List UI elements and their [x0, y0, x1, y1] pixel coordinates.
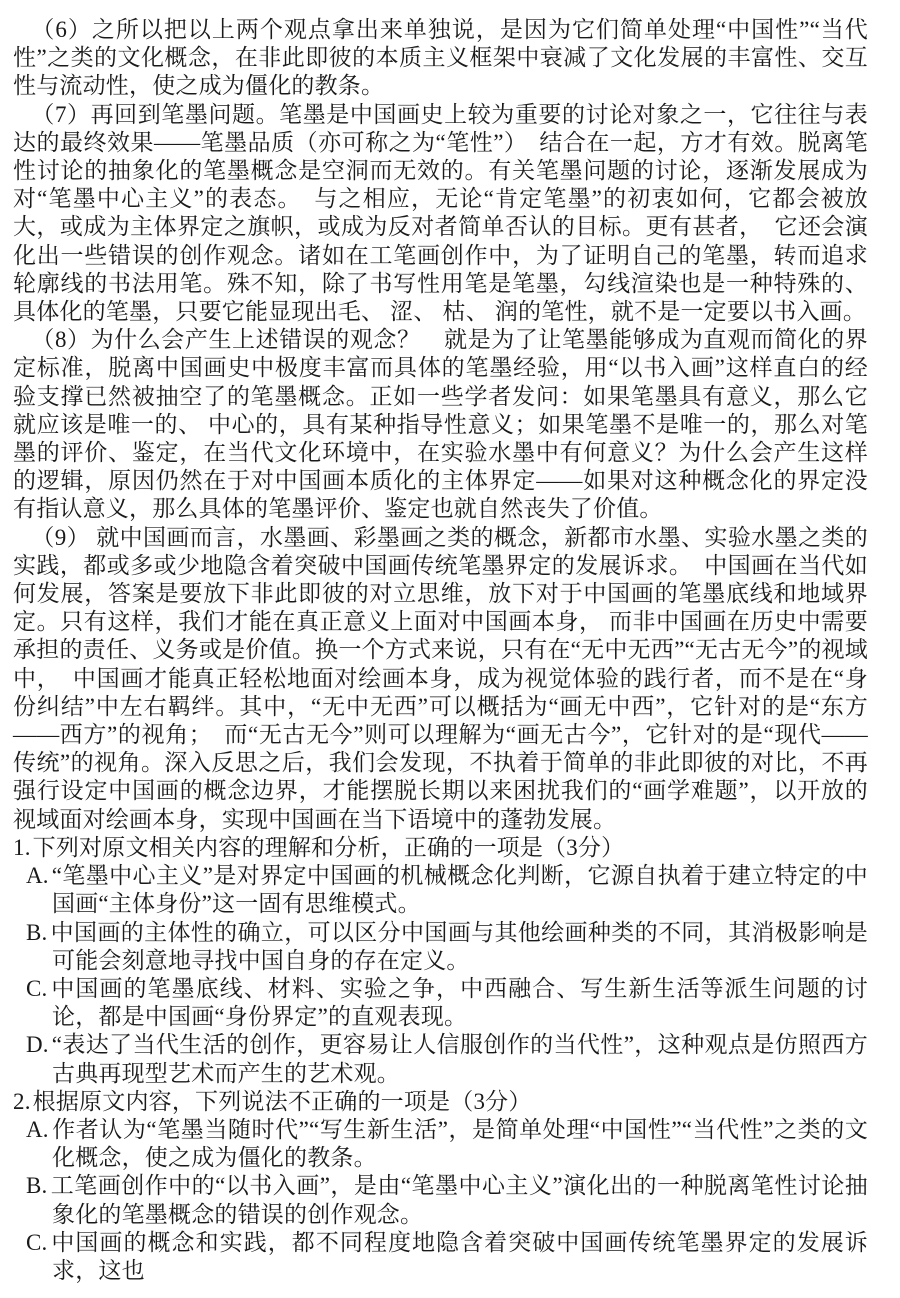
option-c-label: C. — [26, 1230, 51, 1255]
option-d-label: D. — [26, 1032, 52, 1057]
option-c-label: C. — [26, 976, 51, 1001]
question-1-option-c: C.中国画的笔墨底线、材料、实验之争，中西融合、写生新生活等派生问题的讨论，都是… — [13, 975, 868, 1031]
question-1-number: 1. — [13, 835, 33, 860]
question-2-stem: 2.根据原文内容，下列说法不正确的一项是（3分） — [13, 1088, 868, 1116]
question-1-stem-text: 下列对原文相关内容的理解和分析，正确的一项是（3分） — [33, 835, 625, 860]
question-2-option-c: C.中国画的概念和实践，都不同程度地隐含着突破中国画传统笔墨界定的发展诉求，这也 — [13, 1229, 868, 1285]
article-paragraph-8: （8）为什么会产生上述错误的观念？ 就是为了让笔墨能够成为直观而简化的界定标准，… — [13, 326, 868, 523]
question-1: 1.下列对原文相关内容的理解和分析，正确的一项是（3分） A.“笔墨中心主义”是… — [13, 834, 868, 1088]
option-b-text: 工笔画创作中的“以书入画”，是由“笔墨中心主义”演化出的一种脱离笔性讨论抽象化的… — [51, 1173, 869, 1226]
option-c-text: 中国画的笔墨底线、材料、实验之争，中西融合、写生新生活等派生问题的讨论，都是中国… — [51, 976, 869, 1029]
document-page: （6）之所以把以上两个观点拿出来单独说，是因为它们简单处理“中国性”“当代性”之… — [0, 0, 900, 1298]
question-1-option-a: A.“笔墨中心主义”是对界定中国画的机械概念化判断，它源自执着于建立特定的中国画… — [13, 862, 868, 918]
option-a-label: A. — [26, 863, 52, 888]
article-paragraph-7: （7）再回到笔墨问题。笔墨是中国画史上较为重要的讨论对象之一，它往往与表达的最终… — [13, 101, 868, 327]
option-a-text: 作者认为“笔墨当随时代”“写生新生活”，是简单处理“中国性”“当代性”之类的文化… — [52, 1117, 868, 1170]
question-1-option-d: D.“表达了当代生活的创作，更容易让人信服创作的当代性”，这种观点是仿照西方古典… — [13, 1031, 868, 1087]
option-c-text: 中国画的概念和实践，都不同程度地隐含着突破中国画传统笔墨界定的发展诉求，这也 — [51, 1230, 869, 1283]
question-2-option-b: B.工笔画创作中的“以书入画”，是由“笔墨中心主义”演化出的一种脱离笔性讨论抽象… — [13, 1172, 868, 1228]
question-2: 2.根据原文内容，下列说法不正确的一项是（3分） A.作者认为“笔墨当随时代”“… — [13, 1088, 868, 1285]
option-b-text: 中国画的主体性的确立，可以区分中国画与其他绘画种类的不同，其消极影响是可能会刻意… — [51, 920, 869, 973]
question-2-stem-text: 根据原文内容，下列说法不正确的一项是（3分） — [33, 1089, 532, 1114]
option-a-text: “笔墨中心主义”是对界定中国画的机械概念化判断，它源自执着于建立特定的中国画“主… — [52, 863, 868, 916]
option-d-text: “表达了当代生活的创作，更容易让人信服创作的当代性”，这种观点是仿照西方古典再现… — [52, 1032, 868, 1085]
option-b-label: B. — [26, 920, 51, 945]
document-scan: { "page": { "background": "#ffffff", "te… — [0, 0, 900, 1298]
article-paragraph-6: （6）之所以把以上两个观点拿出来单独说，是因为它们简单处理“中国性”“当代性”之… — [13, 16, 868, 101]
article-paragraph-9: （9） 就中国画而言，水墨画、彩墨画之类的概念，新都市水墨、实验水墨之类的实践，… — [13, 524, 868, 834]
option-a-label: A. — [26, 1117, 52, 1142]
question-1-stem: 1.下列对原文相关内容的理解和分析，正确的一项是（3分） — [13, 834, 868, 862]
question-1-option-b: B.中国画的主体性的确立，可以区分中国画与其他绘画种类的不同，其消极影响是可能会… — [13, 919, 868, 975]
question-2-number: 2. — [13, 1089, 33, 1114]
question-2-option-a: A.作者认为“笔墨当随时代”“写生新生活”，是简单处理“中国性”“当代性”之类的… — [13, 1116, 868, 1172]
option-b-label: B. — [26, 1173, 51, 1198]
